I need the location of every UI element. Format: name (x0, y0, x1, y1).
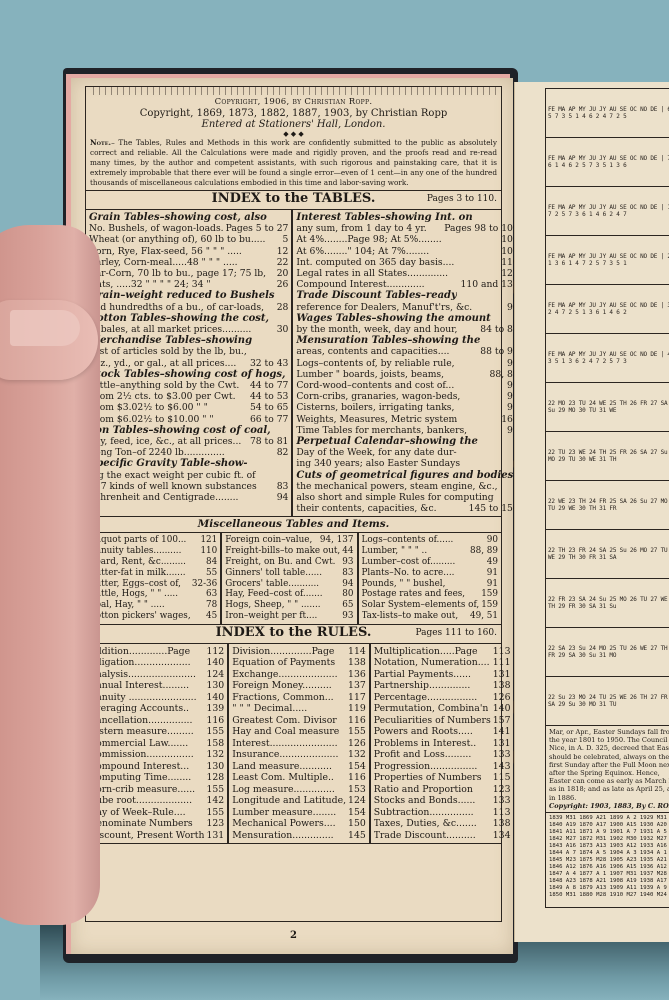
index-entry: Logs–contents of, by reliable rule,90 (296, 358, 518, 369)
entry-label: Butter, Eggs–cost of, (89, 579, 181, 590)
index-entry: Cattle, Hogs, " " .....63 (89, 589, 217, 600)
entry-page: 154 (346, 807, 366, 819)
entry-page: 139 (204, 703, 224, 715)
entry-label: cattle–anything sold by the Cwt. (89, 380, 239, 391)
entry-label: Corn-crib measure...... (89, 784, 195, 796)
index-entry: Annuity tables..........110 (89, 546, 217, 557)
index-column: Multiplication.....Page113Notation, Nume… (369, 644, 514, 844)
entry-page: 132 (204, 749, 224, 761)
entry-label: " " " Decimal..... (232, 703, 307, 715)
entry-label: Cattle, Hogs, " " ..... (89, 589, 178, 600)
index-entry: Powers and Roots.....141 (374, 726, 511, 738)
entry-label: Plants–No. to acre.... (362, 568, 455, 579)
easter-table-row: 1841 A11 1871 A 9 1901 A 7 1931 A 5 (549, 829, 669, 836)
entry-label: Commission................ (89, 749, 194, 761)
entry-label: Hay, Feed–cost of....... (225, 589, 322, 600)
note-paragraph: Note.– The Tables, Rules and Methods in … (86, 138, 501, 191)
entry-label: Averaging Accounts.. (89, 703, 189, 715)
index-entry: Coal, Hay, " " .....78 (89, 600, 217, 611)
index-heading-entry: Cotton Tables–showing the cost, (89, 313, 288, 324)
entry-page: 82 (275, 447, 289, 458)
entry-label: Partnership.............. (374, 680, 471, 692)
index-heading-entry: Wages Tables–showing the amount (296, 313, 518, 324)
index-entry: by the month, week, day and hour,84 to 8… (296, 324, 518, 335)
entry-page: 32-36 (190, 579, 217, 590)
entry-label: Corn, Rye, Flax-seed, 56 " " " ..... (89, 246, 242, 257)
calendar-block: FE MA AP MY JU JY AU SE OC NO DE | 4 7 3… (546, 334, 669, 383)
entry-label: No. Bushels, of wagon-loads. (89, 223, 224, 234)
index-entry: At 4%........Page 98; At 5%........101 (296, 234, 518, 245)
index-entry: Long Ton–of 2240 lb..............82 (89, 447, 288, 458)
entry-label: Fahrenheit and Centigrade........ (89, 492, 238, 503)
entry-label: Hogs, Sheep, " " ....... (225, 600, 320, 611)
index-heading-entry: Stock Tables–showing cost of hogs, (89, 369, 288, 380)
entry-label: also short and simple Rules for computin… (296, 492, 493, 503)
entry-page: 128 (204, 772, 224, 784)
entry-label: Day of Week–Rule.... (89, 807, 186, 819)
page-frame: Copyright, 1906, by Christian Ropp. Copy… (85, 86, 502, 922)
index-entry: Insurance....................132 (232, 749, 366, 761)
entry-label: Partial Payments...... (374, 669, 471, 681)
entry-page: 26 (275, 279, 289, 290)
easter-copyright: Copyright: 1903, 1883, By C. ROPP. (549, 802, 669, 810)
entry-page: 143 (491, 761, 511, 773)
index-entry: Day of Week–Rule....155 (89, 807, 224, 819)
entry-page: 158 (204, 738, 224, 750)
entry-label: Cancellation............... (89, 715, 192, 727)
index-entry: Postage rates and fees,159 (362, 589, 499, 600)
entry-label: Longitude and Latitude, (232, 795, 346, 807)
calendar-block: FE MA AP MY JU JY AU SE OC NO DE | 7 3 6… (546, 138, 669, 187)
entry-label: Greatest Com. Divisor (232, 715, 337, 727)
index-entry: ing the exact weight per cubic ft. of (89, 470, 288, 481)
entry-label: Wheat (or anything of), 60 lb to bu..... (89, 234, 265, 245)
entry-page: 55 (204, 568, 217, 579)
entry-page: 30 (275, 324, 289, 335)
index-column: Aliquot parts of 100...121Annuity tables… (86, 533, 220, 623)
entry-page (286, 313, 288, 324)
index-entry: Analysis.......................124 (89, 669, 224, 681)
index-entry: Taxes, Duties, &c.......138 (374, 818, 511, 830)
entry-label: Foreign Money.......... (232, 680, 332, 692)
entry-label: any sum, from 1 day to 4 yr. (296, 223, 426, 234)
entry-page: 83 (275, 481, 289, 492)
index-entry: Computing Time........128 (89, 772, 224, 784)
entry-label: Permutation, Combina'n (374, 703, 489, 715)
note-label: Note. (90, 138, 111, 147)
tables-index-pages: Pages 3 to 110. (427, 194, 497, 204)
entry-page: 130 (204, 761, 224, 773)
entry-label: Equation of Payments (232, 657, 335, 669)
entry-page: Pages 5 to 27 (224, 223, 289, 234)
easter-sundays-table: 1839 M31 1869 A21 1899 A 2 1929 M311840 … (546, 813, 669, 901)
entry-page: 111 (491, 657, 511, 669)
index-entry: Int. computed on 365 day basis....110 (296, 257, 518, 268)
index-entry: Compound Interest.............110 and 13… (296, 279, 518, 290)
entry-page: 113 (491, 807, 511, 819)
entry-page (286, 290, 288, 301)
entry-label: Grain Tables–showing cost, also (89, 212, 267, 223)
entry-page: 91 (485, 579, 498, 590)
easter-note: Mar, or Apr., Easter Sundays fall from t… (546, 726, 669, 813)
entry-label: Addition.............Page (89, 646, 190, 658)
misc-index-body: Aliquot parts of 100...121Annuity tables… (86, 533, 501, 624)
entry-page: 112 (204, 646, 224, 658)
index-heading-entry: Ton Tables–showing cost of coal, (89, 425, 288, 436)
entry-label: Cistern measure......... (89, 726, 194, 738)
entry-label: Long Ton–of 2240 lb.............. (89, 447, 225, 458)
index-entry: areas, contents and capacities....88 to … (296, 346, 518, 357)
entry-page: 159 (479, 600, 498, 611)
entry-page: 78 (204, 600, 217, 611)
entry-label: Cube root................... (89, 795, 192, 807)
index-entry: cattle–anything sold by the Cwt.44 to 77 (89, 380, 288, 391)
index-entry: Subtraction...............113 (374, 807, 511, 819)
entry-page: 28 (275, 302, 289, 313)
calendar-block: 22 TU 23 WE 24 TH 25 FR 26 SA 27 Su 28 M… (546, 432, 669, 481)
entry-label: Foreign coin–value, (225, 535, 312, 546)
index-entry: Longitude and Latitude,124 (232, 795, 366, 807)
index-entry: Ear-Corn, 70 lb to bu., page 17; 75 lb,2… (89, 268, 288, 279)
index-entry: Wheat (or anything of), 60 lb to bu.....… (89, 234, 288, 245)
entry-label: Subtraction............... (374, 807, 474, 819)
entry-page: 133 (491, 749, 511, 761)
entry-label: Least Com. Multiple.. (232, 772, 334, 784)
entry-page: 94 (275, 492, 289, 503)
index-entry: No. Bushels, of wagon-loads.Pages 5 to 2… (89, 223, 288, 234)
index-entry: From 2½ cts. to $3.00 per Cwt.44 to 53 (89, 391, 288, 402)
entry-label: Ratio and Proportion (374, 784, 473, 796)
entry-page (286, 212, 288, 223)
tables-index-left-column: Grain Tables–showing cost, alsoNo. Bushe… (86, 210, 291, 516)
entry-label: At 6%........" 104; At 7%........ (296, 246, 429, 257)
index-entry: Ginners' toll table......83 (225, 568, 353, 579)
entry-label: ing the exact weight per cubic ft. of (89, 470, 256, 481)
entry-page: 45 (204, 611, 217, 622)
index-entry: Least Com. Multiple..116 (232, 772, 366, 784)
entry-label: and hundredths of a bu., of car-loads, (89, 302, 264, 313)
entry-label: Taxes, Duties, &c....... (374, 818, 477, 830)
index-entry: Cube root...................142 (89, 795, 224, 807)
entry-label: Board, Rent, &c......... (89, 557, 186, 568)
index-heading-entry: Cuts of geometrical figures and bodies, (296, 470, 518, 481)
tables-index-header: INDEX to the TABLES. Pages 3 to 110. (86, 191, 501, 210)
entry-label: Denominate Numbers (89, 818, 193, 830)
entry-label: From 2½ cts. to $3.00 per Cwt. (89, 391, 236, 402)
entry-label: At 4%........Page 98; At 5%........ (296, 234, 441, 245)
index-entry: Lumber " boards, joists, beams,88, 89 (296, 369, 518, 380)
index-entry: Board, Rent, &c.........84 (89, 557, 217, 568)
calendar-block: FE MA AP MY JU JY AU SE OC NO DE | 2 5 1… (546, 236, 669, 285)
index-entry: Legal rates in all States..............1… (296, 268, 518, 279)
entry-label: Tax-lists–to make out, (362, 611, 459, 622)
entry-page: 32 to 43 (248, 358, 288, 369)
index-entry: Cancellation...............116 (89, 715, 224, 727)
entry-label: Oats, .....32 " " " " 24; 34 " (89, 279, 211, 290)
easter-table-row: 1848 A23 1878 A21 1908 A19 1938 A17 (549, 878, 669, 885)
index-entry: Pounds, " " bushel,91 (362, 579, 499, 590)
index-entry: Land measure...........154 (232, 761, 366, 773)
entry-page: 116 (346, 715, 366, 727)
index-entry: Exchange....................136 (232, 669, 366, 681)
copyright-line-1: Copyright, 1906, by Christian Ropp. (86, 97, 501, 107)
calendar-block: 22 WE 23 TH 24 FR 25 SA 26 Su 27 MO 28 T… (546, 481, 669, 530)
entry-label: Lumber–cost of......... (362, 557, 456, 568)
entry-label: Discount, Present Worth (89, 830, 204, 842)
index-entry: Multiplication.....Page113 (374, 646, 511, 658)
entry-page: 155 (346, 726, 366, 738)
entry-label: Day of the Week, for any date dur- (296, 447, 456, 458)
index-entry: Day of the Week, for any date dur- (296, 447, 518, 458)
entry-label: their contents, capacities, &c. (296, 503, 436, 514)
entry-page: 155 (204, 807, 224, 819)
entry-label: Trade Discount Tables–ready (296, 290, 456, 301)
index-entry: Aliquot parts of 100...121 (89, 535, 217, 546)
easter-table-row: 1839 M31 1869 A21 1899 A 2 1929 M31 (549, 815, 669, 822)
entry-label: areas, contents and capacities.... (296, 346, 449, 357)
entry-label: Coal, Hay, " " ..... (89, 600, 165, 611)
easter-table-row: 1849 A 8 1879 A13 1909 A11 1939 A 9 (549, 885, 669, 892)
entry-page: 91 (485, 568, 498, 579)
entry-label: Trade Discount.......... (374, 830, 476, 842)
index-entry: Properties of Numbers115 (374, 772, 511, 784)
right-page: FE MA AP MY JU JY AU SE OC NO DE | 6 2 5… (514, 82, 669, 942)
note-text: – The Tables, Rules and Methods in this … (90, 138, 497, 187)
entry-label: Barley, Corn-meal.....48 " " " ..... (89, 257, 238, 268)
entry-label: Multiplication.....Page (374, 646, 478, 658)
entry-label: cost of articles sold by the lb, bu., (89, 346, 247, 357)
calendar-block: 22 TH 23 FR 24 SA 25 Su 26 MO 27 TU 28 W… (546, 530, 669, 579)
index-entry: Partial Payments......131 (374, 669, 511, 681)
entry-label: Notation, Numeration.... (374, 657, 490, 669)
entry-page: 94, 137 (318, 535, 354, 546)
index-entry: From $6.02½ to $10.00 " "66 to 77 (89, 414, 288, 425)
entry-page: 80 (340, 589, 353, 600)
entry-label: From $6.02½ to $10.00 " " (89, 414, 214, 425)
entry-label: Lumber measure........ (232, 807, 336, 819)
index-entry: Oats, .....32 " " " " 24; 34 "26 (89, 279, 288, 290)
entry-label: Mensuration.............. (232, 830, 333, 842)
entry-page: 90 (485, 535, 498, 546)
entry-label: Annuity ....................... (89, 692, 197, 704)
index-heading-entry: Perpetual Calendar–showing the (296, 436, 518, 447)
entry-label: Problems in Interest.. (374, 738, 476, 750)
tables-index-body: Grain Tables–showing cost, alsoNo. Bushe… (86, 210, 501, 517)
entry-label: ing 340 years; also Easter Sundays (296, 458, 460, 469)
calendar-block: 22 Su 23 MO 24 TU 25 WE 26 TH 27 FR 28 S… (546, 677, 669, 726)
index-entry: Profit and Loss.........133 (374, 749, 511, 761)
entry-label: doz., yd., or gal., at all prices.... (89, 358, 236, 369)
entry-label: Hay and Coal measure (232, 726, 339, 738)
thumbnail (10, 310, 80, 346)
index-entry: Annuity .......................140 (89, 692, 224, 704)
index-entry: Partnership..............138 (374, 680, 511, 692)
entry-label: Grocers' table........... (225, 579, 319, 590)
easter-table-row: 1840 A19 1870 A17 1900 A15 1930 A20 (549, 822, 669, 829)
perpetual-calendar: FE MA AP MY JU JY AU SE OC NO DE | 6 2 5… (546, 89, 669, 726)
rules-index-header: INDEX to the RULES. Pages 111 to 160. (86, 625, 501, 644)
easter-table-row: 1842 M27 1872 M31 1902 M30 1932 M27 (549, 836, 669, 843)
entry-label: Land measure........... (232, 761, 332, 773)
entry-label: Int. computed on 365 day basis.... (296, 257, 454, 268)
entry-page: 142 (204, 795, 224, 807)
index-column: Foreign coin–value,94, 137Freight-bills–… (220, 533, 356, 623)
entry-page: 84 (204, 557, 217, 568)
index-entry: Tax-lists–to make out,49, 51 (362, 611, 499, 622)
index-entry: Corn-crib measure......155 (89, 784, 224, 796)
entry-label: Mensuration Tables–showing the (296, 335, 480, 346)
entry-page: 110 and 130 (459, 279, 519, 290)
entry-label: Division..............Page (232, 646, 334, 658)
entry-label: Stocks and Bonds...... (374, 795, 476, 807)
index-entry: Averaging Accounts..139 (89, 703, 224, 715)
index-entry: Lumber, " " " ..88, 89 (362, 546, 499, 557)
index-entry: Fractions, Common...117 (232, 692, 366, 704)
index-entry: Annual Interest.........130 (89, 680, 224, 692)
entry-page: 138 (346, 657, 366, 669)
entry-page (286, 369, 288, 380)
easter-table-row: 1850 M31 1880 M28 1910 M27 1940 M24 (549, 892, 669, 899)
entry-label: Weights, Measures, Metric system (296, 414, 457, 425)
entry-label: Grain–weight reduced to Bushels (89, 290, 275, 301)
index-entry: Percentage.................126 (374, 692, 511, 704)
entry-label: in bales, at all market prices.......... (89, 324, 251, 335)
entry-page: 126 (346, 738, 366, 750)
entry-label: Fractions, Common... (232, 692, 333, 704)
tables-index-title: INDEX to the TABLES. (212, 191, 376, 206)
entry-label: Exchange.................... (232, 669, 337, 681)
entry-page: 140 (204, 692, 224, 704)
entry-page: 131 (204, 830, 224, 842)
entry-page: 131 (491, 738, 511, 750)
entry-page: 138 (491, 818, 511, 830)
entry-page: 150 (346, 818, 366, 830)
entry-page: 113 (491, 646, 511, 658)
tables-index-right-column: Interest Tables–showing Int. onany sum, … (291, 210, 521, 516)
index-entry: " " " Decimal.....119 (232, 703, 366, 715)
index-entry: Hogs, Sheep, " " .......65 (225, 600, 353, 611)
entry-page: 12 (275, 246, 289, 257)
calendar-block: 22 SA 23 Su 24 MO 25 TU 26 WE 27 TH 28 F… (546, 628, 669, 677)
entry-page: 123 (204, 818, 224, 830)
rules-index-body: Addition.............Page112Alligation..… (86, 644, 501, 845)
index-entry: Cord-wood–contents and cost of...91 (296, 380, 518, 391)
index-entry: 127 kinds of well known substances83 (89, 481, 288, 492)
entry-page (286, 458, 288, 469)
entry-label: From $3.02½ to $6.00 " " (89, 402, 208, 413)
entry-page: 141 (491, 726, 511, 738)
entry-label: Compound Interest............. (296, 279, 424, 290)
entry-page: 138 (491, 680, 511, 692)
index-entry: Plants–No. to acre....91 (362, 568, 499, 579)
entry-label: Lumber " boards, joists, beams, (296, 369, 444, 380)
easter-table-row: 1845 M23 1875 M28 1905 A23 1935 A21 (549, 857, 669, 864)
entry-page: 88, 89 (468, 546, 498, 557)
index-column: Logs–contents of......90Lumber, " " " ..… (357, 533, 502, 623)
rules-index-title: INDEX to the RULES. (216, 625, 372, 640)
entry-label: Pounds, " " bushel, (362, 579, 446, 590)
entry-label: Solar System–elements of, (362, 600, 480, 611)
entry-page: 65 (340, 600, 353, 611)
index-entry: hay, feed, ice, &c., at all prices...78 … (89, 436, 288, 447)
index-entry: Lumber–cost of.........49 (362, 557, 499, 568)
index-entry: Logs–contents of......90 (362, 535, 499, 546)
entry-page: 136 (346, 669, 366, 681)
entry-page: 20 (275, 268, 289, 279)
entry-label: Cotton pickers' wages, (89, 611, 191, 622)
index-entry: Iron–weight per ft....93 (225, 611, 353, 622)
entry-page: 93 (340, 557, 353, 568)
entry-page: 119 (346, 703, 366, 715)
entry-label: Logs–contents of...... (362, 535, 454, 546)
index-entry: Mensuration..............145 (232, 830, 366, 842)
entry-page: 134 (491, 830, 511, 842)
entry-page: 49 (485, 557, 498, 568)
index-entry: Alligation...................140 (89, 657, 224, 669)
entry-label: Log measure.............. (232, 784, 335, 796)
index-entry: Solar System–elements of,159 (362, 600, 499, 611)
index-entry: Compound Interest...130 (89, 761, 224, 773)
entry-label: Insurance.................... (232, 749, 338, 761)
entry-label: Analysis....................... (89, 669, 196, 681)
index-entry: Permutation, Combina'n140 (374, 703, 511, 715)
entry-page: 155 (204, 726, 224, 738)
entry-page (286, 346, 288, 357)
index-entry: any sum, from 1 day to 4 yr.Pages 98 to … (296, 223, 518, 234)
entry-label: 127 kinds of well known substances (89, 481, 257, 492)
entry-label: Iron–weight per ft.... (225, 611, 317, 622)
index-entry: Fahrenheit and Centigrade........94 (89, 492, 288, 503)
entry-label: Postage rates and fees, (362, 589, 466, 600)
easter-table-row: 1844 A 7 1874 A 5 1904 A 3 1934 A 1 (549, 850, 669, 857)
calendar-frame: FE MA AP MY JU JY AU SE OC NO DE | 6 2 5… (545, 88, 669, 908)
entry-page: 140 (491, 703, 511, 715)
entry-label: hay, feed, ice, &c., at all prices... (89, 436, 241, 447)
index-entry: Lumber measure........154 (232, 807, 366, 819)
entry-label: Freight-bills–to make out, (225, 546, 340, 557)
entry-label: Corn-cribs, granaries, wagon-beds, (296, 391, 460, 402)
index-entry: Cisterns, boilers, irrigating tanks,93 (296, 402, 518, 413)
index-heading-entry: Grain Tables–showing cost, also (89, 212, 288, 223)
entry-page: 44 to 77 (248, 380, 288, 391)
entry-label: Annual Interest......... (89, 680, 189, 692)
entry-label: Wages Tables–showing the amount (296, 313, 490, 324)
entry-label: Interest....................... (232, 738, 337, 750)
entry-label: Ear-Corn, 70 lb to bu., page 17; 75 lb, (89, 268, 266, 279)
index-entry: Freight, on Bu. and Cwt.93 (225, 557, 353, 568)
entry-page: 126 (491, 692, 511, 704)
rules-index-pages: Pages 111 to 160. (415, 628, 497, 638)
entry-label: Perpetual Calendar–showing the (296, 436, 477, 447)
entry-label: Powers and Roots..... (374, 726, 473, 738)
entry-page: 121 (198, 535, 217, 546)
index-entry: Denominate Numbers123 (89, 818, 224, 830)
calendar-block: FE MA AP MY JU JY AU SE OC NO DE | 3 6 2… (546, 285, 669, 334)
copyright-line-2: Copyright, 1869, 1873, 1882, 1887, 1903,… (86, 108, 501, 119)
entry-label: Legal rates in all States.............. (296, 268, 448, 279)
entry-label: Alligation................... (89, 657, 191, 669)
index-entry: Equation of Payments138 (232, 657, 366, 669)
entry-label: Cord-wood–contents and cost of... (296, 380, 454, 391)
entry-label: Cisterns, boilers, irrigating tanks, (296, 402, 454, 413)
entry-label: Specific Gravity Table–show- (89, 458, 248, 469)
index-entry: doz., yd., or gal., at all prices....32 … (89, 358, 288, 369)
entry-page: 137 (346, 680, 366, 692)
entry-page: 123 (491, 784, 511, 796)
index-entry: Division..............Page114 (232, 646, 366, 658)
index-entry: Trade Discount..........134 (374, 830, 511, 842)
entry-page: 49, 51 (468, 611, 498, 622)
